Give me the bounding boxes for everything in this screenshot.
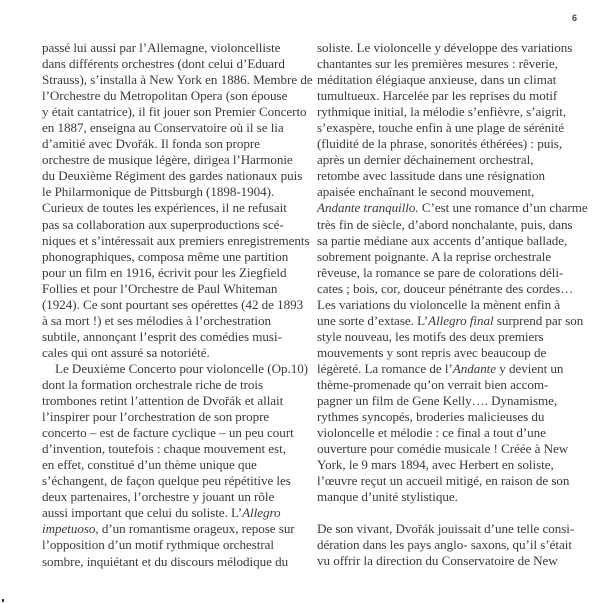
text-line: subtile, annonçant l’esprit des comédies…	[42, 329, 304, 345]
text-line: Andante tranquillo. C’est une romance d’…	[317, 200, 587, 216]
text-span: C’est une romance d’un charme	[419, 200, 588, 215]
text-line: rythmique initial, la mélodie s’enfièvre…	[317, 104, 587, 120]
text-line: manque d’unité stylistique.	[317, 489, 587, 505]
text-line: dans différents orchestres (dont celui d…	[42, 56, 304, 72]
page-number: 6	[572, 13, 577, 23]
text-line: Strauss), s’installa à New York en 1886.…	[42, 72, 304, 88]
text-line: (1924). Ce sont pourtant ses opérettes (…	[42, 297, 304, 313]
text-line: phonographiques, composa même une partit…	[42, 249, 304, 265]
text-line: du Deuxième Régiment des gardes nationau…	[42, 168, 304, 184]
text-line: thème-promenade qu’on verrait bien accom…	[317, 377, 587, 393]
text-line: en effet, constitué d’un thème unique qu…	[42, 457, 304, 473]
text-line: sombre, inquiétant et du discours mélodi…	[42, 554, 304, 570]
text-span: surprend par son	[494, 313, 584, 328]
text-line: tumultueux. Harcelée par les reprises du…	[317, 88, 587, 104]
text-line: l’inspirer pour l’orchestration de son p…	[42, 409, 304, 425]
text-line: soliste. Le violoncelle y développe des …	[317, 40, 587, 56]
text-line: dont la formation orchestrale riche de t…	[42, 377, 304, 393]
text-line: York, le 9 mars 1894, avec Herbert en so…	[317, 457, 587, 473]
text-line: légèreté. La romance de l’Andante y devi…	[317, 361, 587, 377]
text-span: aussi important que celui du soliste. L’	[42, 505, 242, 520]
paragraph-gap	[317, 505, 587, 521]
italic-title: Allegro	[242, 505, 280, 520]
text-line: trombones retint l’attention de Dvořák e…	[42, 393, 304, 409]
text-line: le Philarmonique de Pittsburgh (1898-190…	[42, 184, 304, 200]
text-line: cales qui ont assuré sa notoriété.	[42, 345, 304, 361]
text-line: sa partie médiane aux accents d’antique …	[317, 233, 587, 249]
text-line: dération dans les pays anglo- saxons, qu…	[317, 537, 587, 553]
text-line: De son vivant, Dvořák jouissait d’une te…	[317, 521, 587, 537]
italic-title: Andante	[453, 361, 496, 376]
text-line: en 1887, enseigna au Conservatoire où il…	[42, 120, 304, 136]
text-line: l’Orchestre du Metropolitan Opera (son é…	[42, 88, 304, 104]
text-line: aussi important que celui du soliste. L’…	[42, 505, 304, 521]
text-line: niques et s’intéressait aux premiers enr…	[42, 233, 304, 249]
text-line: Les variations du violoncelle la mènent …	[317, 297, 587, 313]
italic-title: Andante tranquillo.	[317, 200, 419, 215]
text-line: très fin de siècle, d’abord nonchalante,…	[317, 217, 587, 233]
text-line: impetuoso, d’un romantisme orageux, repo…	[42, 521, 304, 537]
right-column: soliste. Le violoncelle y développe des …	[317, 40, 587, 570]
text-line: apaisée enchaînant le second mouvement,	[317, 184, 587, 200]
text-line: passé lui aussi par l’Allemagne, violonc…	[42, 40, 304, 56]
text-line: l’œuvre reçut un accueil mitigé, en rais…	[317, 473, 587, 489]
text-line: pas sa collaboration aux superproduction…	[42, 217, 304, 233]
scan-mark	[2, 599, 4, 602]
text-line: orchestre de musique légère, dirigea l’H…	[42, 152, 304, 168]
text-line: à sa mort !) et ses mélodies à l’orchest…	[42, 313, 304, 329]
text-line: y était cantatrice), il fit jouer son Pr…	[42, 104, 304, 120]
text-line: concerto – est de facture cyclique – un …	[42, 425, 304, 441]
text-line: s’échangent, de façon quelque peu répéti…	[42, 473, 304, 489]
text-span: y devient un	[496, 361, 563, 376]
italic-title: impetuoso	[42, 521, 95, 536]
text-line: rythmes syncopés, broderies malicieuses …	[317, 409, 587, 425]
text-span: , d’un romantisme orageux, repose sur	[95, 521, 294, 536]
text-span: une sorte d’extase. L’	[317, 313, 428, 328]
text-line: deux partenaires, l’orchestre y jouant u…	[42, 489, 304, 505]
text-line: après un dernier déchainement orchestral…	[317, 152, 587, 168]
left-column: passé lui aussi par l’Allemagne, violonc…	[42, 40, 304, 570]
text-line: Le Deuxième Concerto pour violoncelle (O…	[42, 361, 304, 377]
text-line: rêveuse, la romance se pare de coloratio…	[317, 265, 587, 281]
text-line: cates ; bois, cor, douceur pénétrante de…	[317, 281, 587, 297]
text-line: pagner un film de Gene Kelly…. Dynamisme…	[317, 393, 587, 409]
text-line: d’invention, toutefois : chaque mouvemen…	[42, 441, 304, 457]
text-line: l’opposition d’un motif rythmique orches…	[42, 537, 304, 553]
text-line: chantantes sur les premières mesures : r…	[317, 56, 587, 72]
text-line: s’exaspère, touche enfin à une plage de …	[317, 120, 587, 136]
text-line: ouverture pour comédie musicale ! Créée …	[317, 441, 587, 457]
text-line: Curieux de toutes les expériences, il ne…	[42, 200, 304, 216]
text-line: d’amitié avec Dvořák. Il fonda son propr…	[42, 136, 304, 152]
text-line: pour un film en 1916, écrivit pour les Z…	[42, 265, 304, 281]
text-line: Follies et pour l’Orchestre de Paul Whit…	[42, 281, 304, 297]
text-line: vu offrir la direction du Conservatoire …	[317, 553, 587, 569]
text-line: sobrement poignante. A la reprise orches…	[317, 249, 587, 265]
text-line: retombe avec lassitude dans une résignat…	[317, 168, 587, 184]
text-line: style nouveau, les motifs des deux premi…	[317, 329, 587, 345]
text-line: mouvements y sont repris avec beaucoup d…	[317, 345, 587, 361]
text-line: (fluidité de la phrase, sonorités éthéré…	[317, 136, 587, 152]
text-line: une sorte d’extase. L’Allegro final surp…	[317, 313, 587, 329]
text-span: légèreté. La romance de l’	[317, 361, 453, 376]
text-line: violoncelle et mélodie : ce final a tout…	[317, 425, 587, 441]
text-line: méditation élégiaque anxieuse, dans un c…	[317, 72, 587, 88]
italic-title: Allegro final	[428, 313, 493, 328]
